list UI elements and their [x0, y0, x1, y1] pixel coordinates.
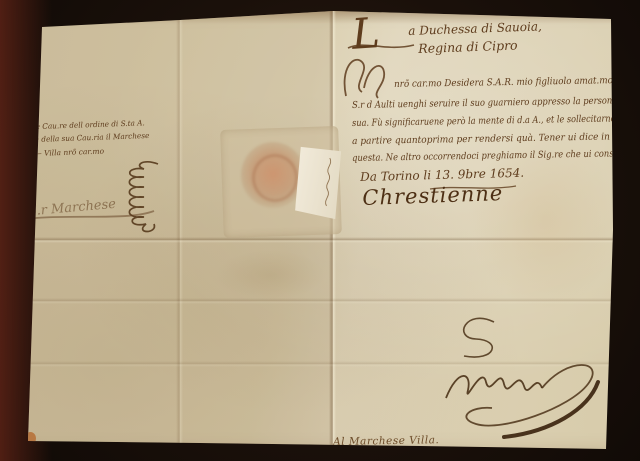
body-line-4: a partire quantoprima per rendersi quà. … [352, 131, 610, 146]
body-line-5: questa. Ne altro occorrendoci preghiamo … [352, 148, 624, 164]
docket-line-3: — Villa nrõ car.mo [34, 147, 104, 158]
flap-writing-squiggle [320, 154, 336, 215]
salutation-monogram-flourish [338, 52, 390, 100]
wax-seal-remnant [241, 142, 305, 208]
horizontal-fold-crease [0, 237, 640, 243]
body-line-2: S.r d Aulti uenghi seruire il suo guarni… [352, 95, 617, 111]
body-line-1: nrõ car.mo Desidera S.A.R. mio figliuolo… [394, 75, 635, 90]
wax-seal-impression-ring [252, 154, 298, 202]
catalog-note: Al Marchese Villa. [333, 434, 439, 448]
heading-line-2: Regina di Cipro [418, 38, 518, 56]
paper-lock-coil-flourish [112, 158, 164, 236]
center-fold-crease [329, 0, 336, 461]
left-fold-crease [176, 0, 183, 461]
letter-paper: L a Duchessa di Sauoia, Regina di Cipro … [0, 0, 640, 461]
burned-top-edge [0, 0, 640, 24]
body-line-3: sua. Fù significaruene però la mente di … [352, 113, 616, 129]
left-leaf-shading [0, 0, 331, 461]
royal-signature: Chrestienne [362, 181, 504, 210]
photo-background: L a Duchessa di Sauoia, Regina di Cipro … [0, 0, 640, 461]
ink-showthrough-smudge [215, 250, 325, 300]
secretary-signature-flourish [438, 350, 613, 438]
horizontal-crease-faint-1 [0, 298, 640, 304]
heading-line-1: a Duchessa di Sauoia, [408, 19, 542, 38]
